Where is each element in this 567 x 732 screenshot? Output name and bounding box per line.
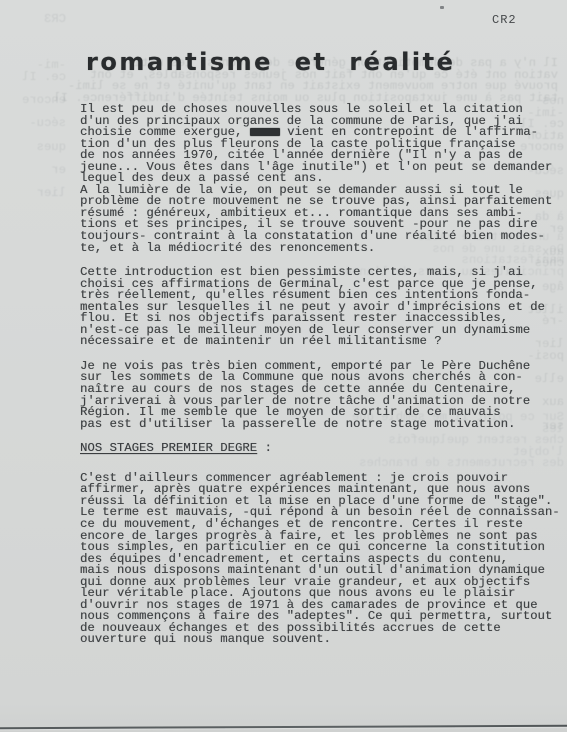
scan-edge-line — [0, 725, 567, 730]
text-line: nécessaire et de maintenir un réel milit… — [80, 336, 562, 348]
text-line: te, et à la médiocrité des renoncements. — [80, 243, 562, 255]
scanned-page: Il n'y a pas de démotivation générale de… — [0, 0, 567, 732]
paragraph-pere-duchene: Je ne vois pas très bien comment, emport… — [80, 361, 562, 430]
page-title: romantisme et réalité — [86, 48, 455, 76]
bleed-through-text: CR3 -mi- ce. Il encore sécu- ques er lie… — [2, 14, 66, 200]
document-body: Il est peu de choses nouvelles sous le s… — [80, 104, 562, 659]
paragraph-stages: C'est d'ailleurs commencer agréablement … — [80, 473, 562, 646]
section-heading-colon: : — [257, 441, 272, 455]
text-line: pas est d'utiliser la passerelle de notr… — [80, 419, 562, 431]
text-line: ouverture qui nous manque souvent. — [80, 634, 562, 646]
section-heading: NOS STAGES PREMIER DEGRE : — [80, 443, 562, 455]
section-heading-text: NOS STAGES PREMIER DEGRE — [80, 441, 257, 455]
paragraph-intro: Il est peu de choses nouvelles sous le s… — [80, 104, 562, 254]
paragraph-germinal: Cette introduction est bien pessimiste c… — [80, 267, 562, 348]
redacted-word — [250, 128, 280, 136]
scan-artifact — [440, 6, 444, 9]
page-corner-label: CR2 — [492, 13, 517, 27]
